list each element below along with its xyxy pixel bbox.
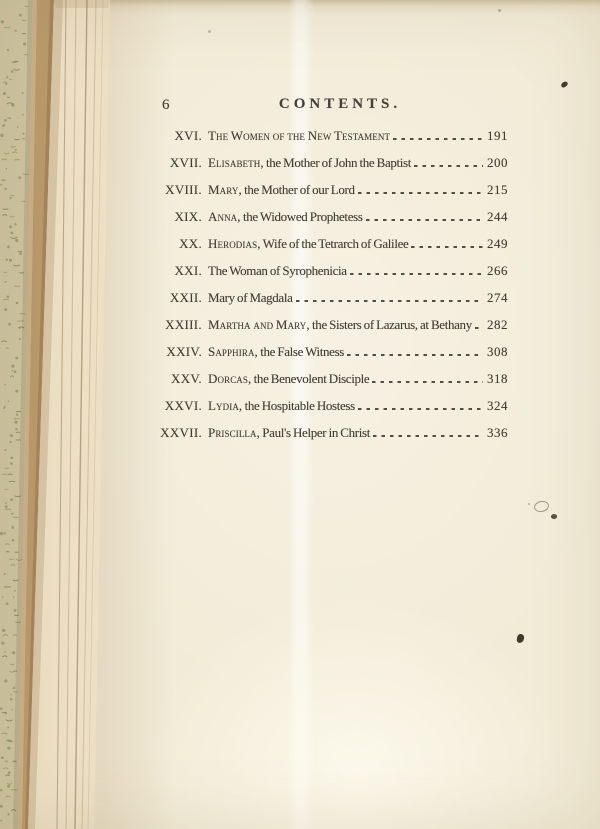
dash-leader [414, 165, 483, 167]
dash-leader [475, 327, 483, 329]
chapter-title: The Women of the New Testament [208, 128, 390, 144]
chapter-numeral: XIX. [132, 209, 202, 225]
chapter-title-rest: the Hospitable Hostess [242, 398, 355, 413]
dash-leader [373, 435, 483, 437]
chapter-title-rest: Wife of the Tetrarch of Galilee [261, 236, 409, 251]
toc-entry: XXV.Dorcas, the Benevolent Disciple318 [132, 371, 508, 387]
chapter-title: Herodias, Wife of the Tetrarch of Galile… [208, 236, 408, 252]
chapter-numeral: XVIII. [132, 182, 202, 198]
chapter-page-number: 274 [487, 290, 508, 306]
dash-leader [411, 246, 483, 248]
chapter-title-rest: the Widowed Prophetess [241, 209, 363, 224]
chapter-title-rest: the Mother of our Lord [242, 182, 355, 197]
chapter-page-number: 336 [487, 425, 508, 441]
ink-speck [516, 634, 524, 644]
paper-fleck [498, 9, 501, 12]
chapter-title-smallcaps: Mary, [208, 182, 242, 197]
toc-entry: XXII.Mary of Magdala274 [132, 290, 508, 306]
chapter-page-number: 308 [487, 344, 508, 360]
chapter-page-number: 249 [487, 236, 508, 252]
chapter-title-rest: the Sisters of Lazarus, at Bethany [310, 317, 472, 332]
book-cover-edge [0, 0, 112, 829]
chapter-title: The Woman of Syrophenicia [208, 263, 347, 279]
contents-heading: CONTENTS. [140, 95, 540, 113]
chapter-numeral: XXVII. [132, 425, 202, 441]
ring-stain [533, 500, 550, 514]
paper-fleck [208, 30, 211, 33]
dash-leader [350, 273, 483, 275]
chapter-title-smallcaps: Martha and Mary, [208, 317, 310, 332]
toc-entry: XVII.Elisabeth, the Mother of John the B… [132, 155, 508, 171]
chapter-page-number: 191 [487, 128, 508, 144]
ink-speck [560, 81, 568, 88]
chapter-title: Dorcas, the Benevolent Disciple [208, 371, 369, 387]
chapter-page-number: 266 [487, 263, 508, 279]
toc-entry: XVIII.Mary, the Mother of our Lord215 [132, 182, 508, 198]
chapter-title-smallcaps: The Women of the New Testament [208, 128, 390, 143]
chapter-title: Lydia, the Hospitable Hostess [208, 398, 355, 414]
chapter-title-rest: Paul's Helper in Christ [260, 425, 370, 440]
dash-leader [358, 192, 483, 194]
chapter-numeral: XXIV. [132, 344, 202, 360]
toc-entry: XXIII.Martha and Mary, the Sisters of La… [132, 317, 508, 333]
dash-leader [366, 219, 483, 221]
ink-speck [550, 513, 557, 519]
dash-leader [372, 381, 483, 383]
toc-entry: XXI.The Woman of Syrophenicia266 [132, 263, 508, 279]
chapter-title-rest: Mary of Magdala [208, 290, 293, 305]
chapter-title-smallcaps: Anna, [208, 209, 241, 224]
toc-entry: XX.Herodias, Wife of the Tetrarch of Gal… [132, 236, 508, 252]
chapter-title: Anna, the Widowed Prophetess [208, 209, 363, 225]
dash-leader [358, 408, 483, 410]
chapter-page-number: 244 [487, 209, 508, 225]
chapter-title: Mary, the Mother of our Lord [208, 182, 355, 198]
toc-entry: XXVII.Priscilla, Paul's Helper in Christ… [132, 425, 508, 441]
toc-entry: XXVI.Lydia, the Hospitable Hostess324 [132, 398, 508, 414]
toc-entry: XVI.The Women of the New Testament191 [132, 128, 508, 144]
toc-entry: XXIV.Sapphira, the False Witness308 [132, 344, 508, 360]
chapter-title-smallcaps: Lydia, [208, 398, 242, 413]
chapter-numeral: XXI. [132, 263, 202, 279]
chapter-title-smallcaps: Dorcas, [208, 371, 251, 386]
chapter-title-smallcaps: Priscilla, [208, 425, 260, 440]
table-of-contents: XVI.The Women of the New Testament191 XV… [132, 128, 508, 452]
chapter-title-rest: The Woman of Syrophenicia [208, 263, 347, 278]
chapter-numeral: XX. [132, 236, 202, 252]
chapter-title-smallcaps: Herodias, [208, 236, 261, 251]
dash-leader [393, 138, 483, 140]
toc-entry: XIX.Anna, the Widowed Prophetess244 [132, 209, 508, 225]
chapter-title: Martha and Mary, the Sisters of Lazarus,… [208, 317, 472, 333]
chapter-numeral: XXV. [132, 371, 202, 387]
dash-leader [296, 300, 483, 302]
chapter-page-number: 282 [487, 317, 508, 333]
chapter-numeral: XXIII. [132, 317, 202, 333]
chapter-title-smallcaps: Elisabeth, [208, 155, 264, 170]
chapter-numeral: XXII. [132, 290, 202, 306]
chapter-title: Mary of Magdala [208, 290, 293, 306]
chapter-title-smallcaps: Sapphira, [208, 344, 258, 359]
chapter-title: Priscilla, Paul's Helper in Christ [208, 425, 370, 441]
chapter-title: Elisabeth, the Mother of John the Baptis… [208, 155, 411, 171]
chapter-page-number: 318 [487, 371, 508, 387]
chapter-title: Sapphira, the False Witness [208, 344, 344, 360]
chapter-page-number: 200 [487, 155, 508, 171]
chapter-numeral: XVII. [132, 155, 202, 171]
chapter-page-number: 324 [487, 398, 508, 414]
chapter-numeral: XXVI. [132, 398, 202, 414]
chapter-numeral: XVI. [132, 128, 202, 144]
paper-fleck [528, 503, 530, 505]
chapter-title-rest: the Benevolent Disciple [251, 371, 369, 386]
dash-leader [347, 354, 483, 356]
chapter-title-rest: the False Witness [258, 344, 344, 359]
chapter-page-number: 215 [487, 182, 508, 198]
chapter-title-rest: the Mother of John the Baptist [264, 155, 411, 170]
